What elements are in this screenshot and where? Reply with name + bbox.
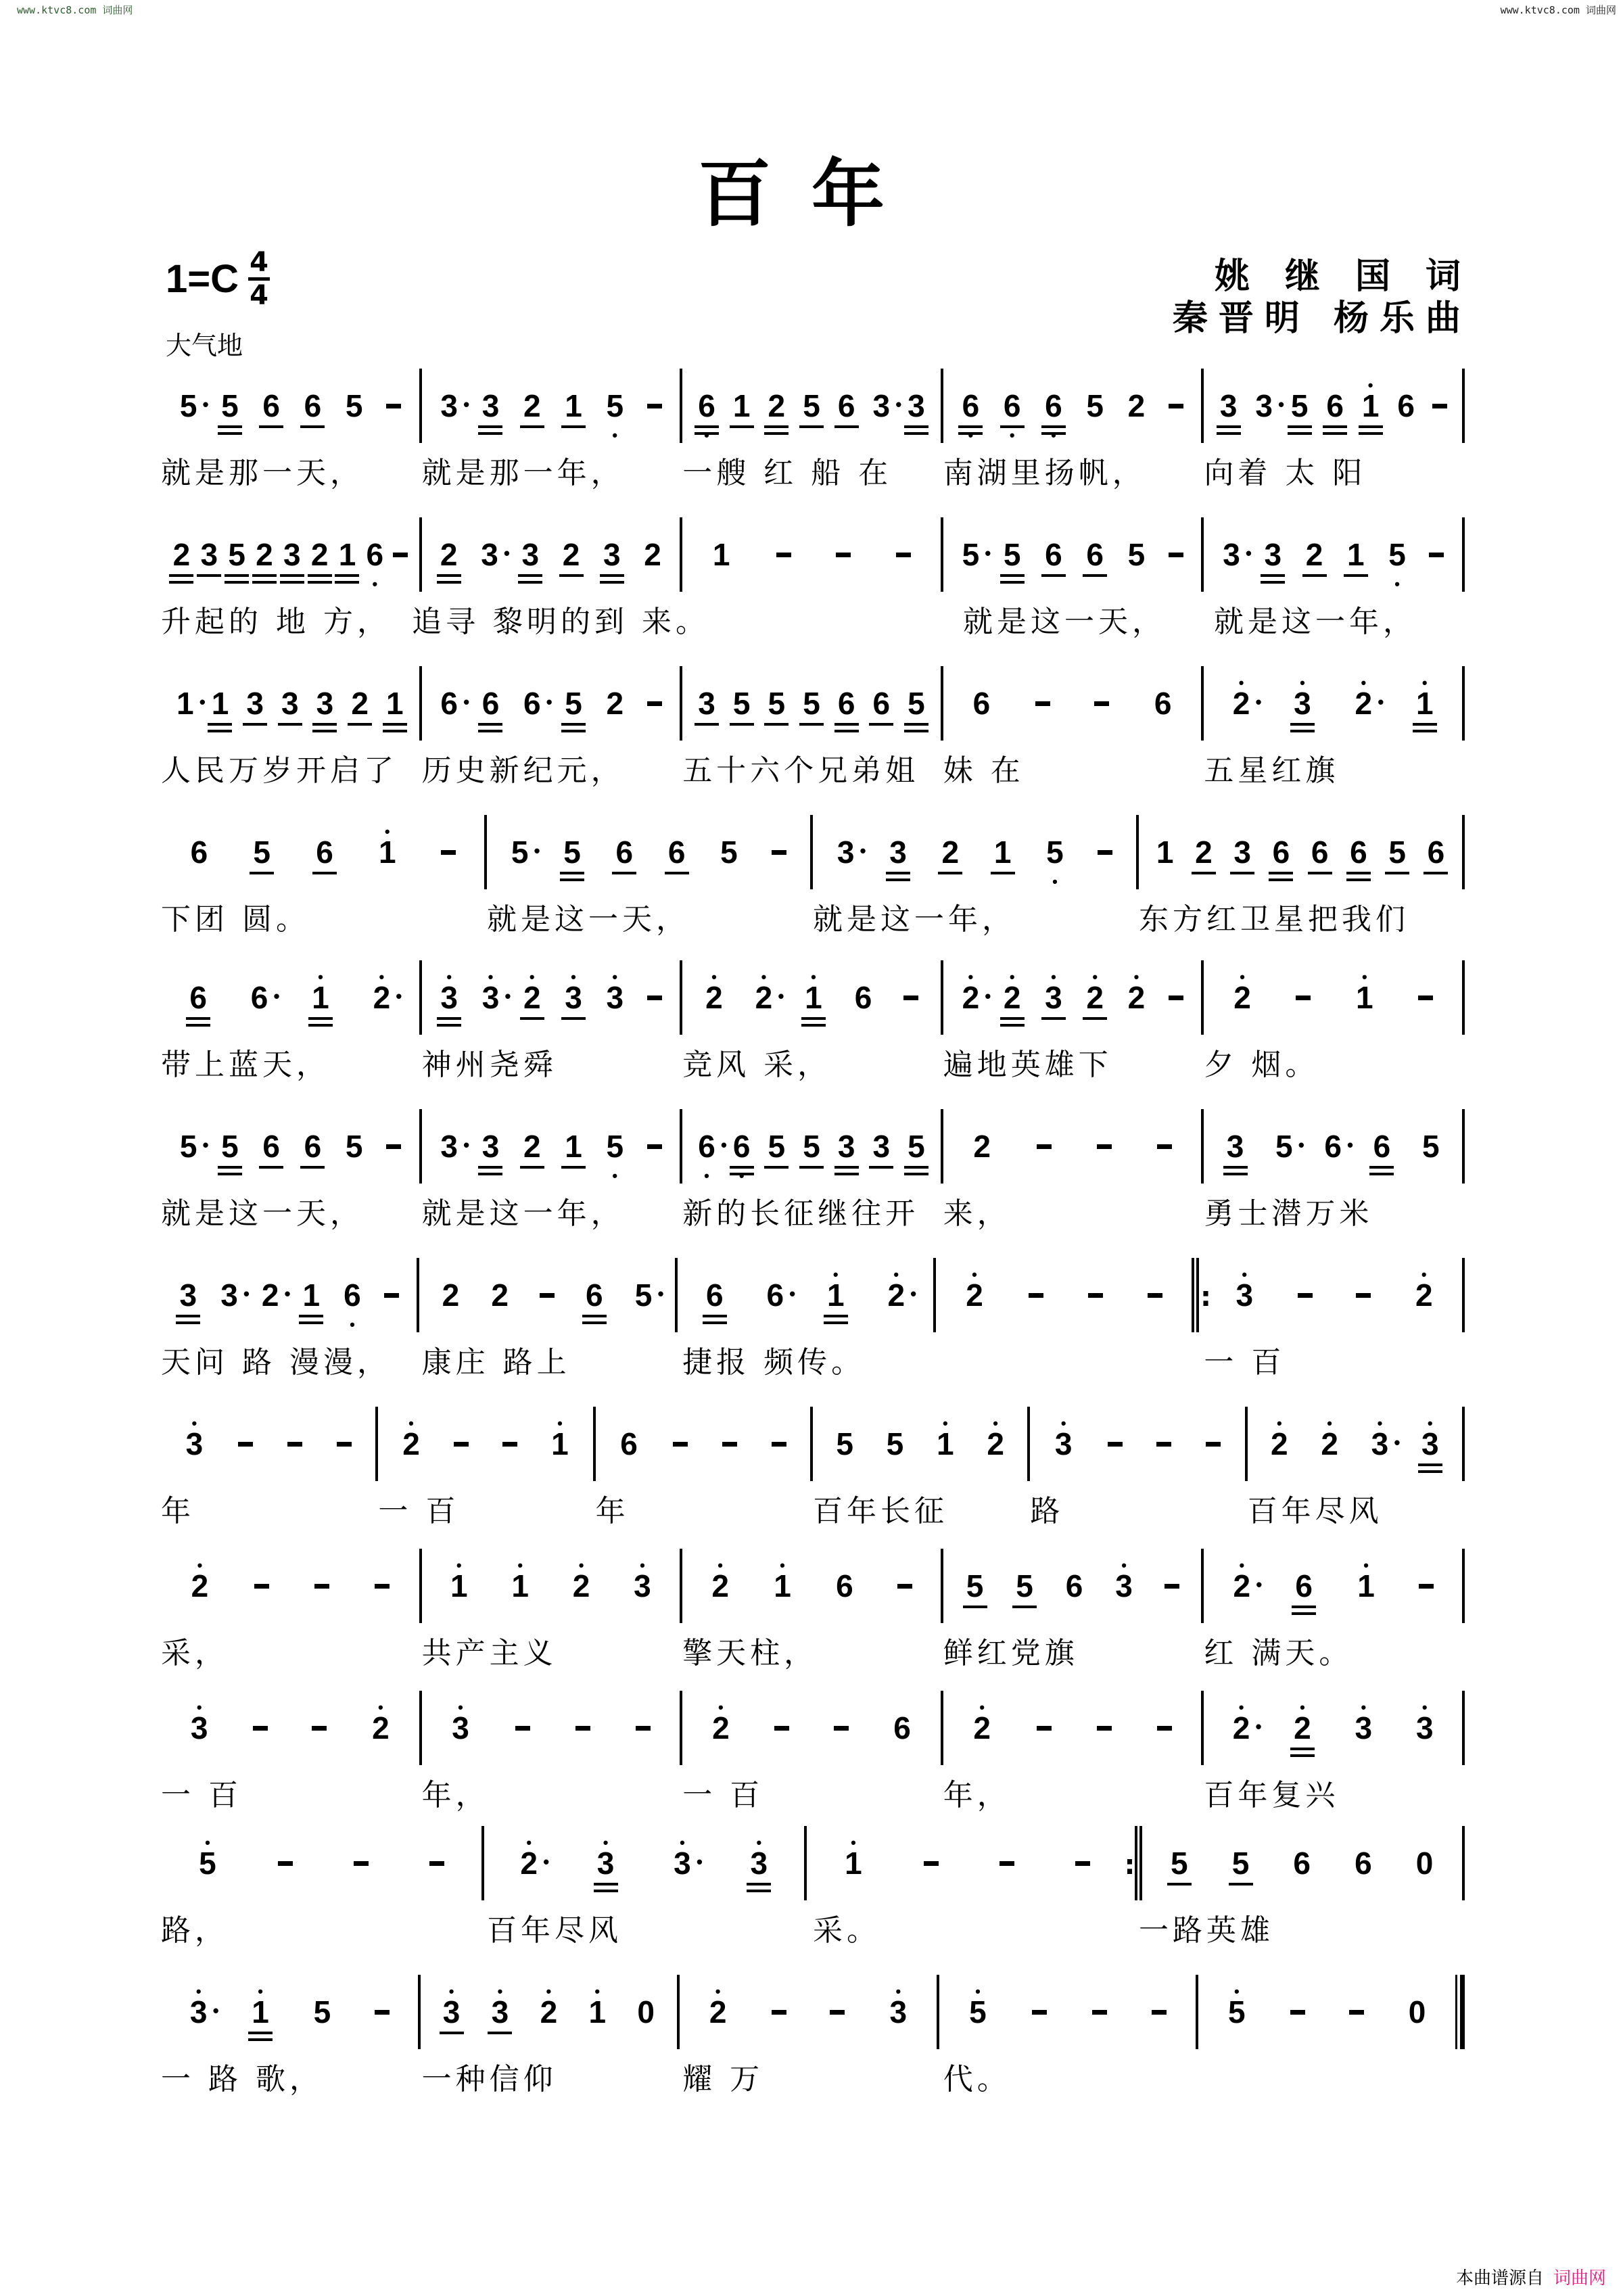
underline-eighth — [1292, 1606, 1316, 1608]
high-octave-dot: • — [1051, 970, 1056, 985]
note: 2 — [350, 688, 369, 719]
note: 1• — [311, 982, 330, 1013]
underline-eighth — [600, 574, 624, 577]
sustain-dash — [647, 1144, 662, 1149]
note: 2 — [767, 390, 786, 421]
note: 6• — [1044, 390, 1063, 421]
underline-eighth — [1290, 723, 1315, 726]
note: 1 — [210, 688, 229, 719]
underline-sixteenth — [958, 432, 983, 435]
underline-eighth — [488, 2032, 512, 2034]
note: 6 — [1354, 1848, 1373, 1879]
sustain-dash — [647, 404, 662, 408]
measure: 23•3232 — [422, 517, 680, 592]
underline-eighth — [799, 1166, 824, 1169]
note: 2 — [523, 1131, 542, 1162]
lyric-measure: 就是这一年， — [422, 1189, 680, 1232]
note: 6• — [1003, 390, 1022, 421]
augmentation-dot: • — [243, 1285, 250, 1303]
measure: 6•12563•3 — [682, 369, 941, 443]
tempo-marking: 大气地 — [166, 325, 243, 362]
measure: 2•1• — [378, 1407, 592, 1481]
note: 5 — [802, 1131, 821, 1162]
underline-sixteenth — [561, 730, 586, 732]
low-octave-dot: • — [704, 428, 709, 443]
underline-sixteenth — [1288, 432, 1312, 435]
note: 2• — [1127, 982, 1146, 1013]
barline-single — [1462, 960, 1465, 1035]
note: 3 — [837, 1131, 856, 1162]
underline-eighth — [730, 1166, 754, 1169]
note: 1• — [844, 1848, 863, 1879]
sustain-dash — [1088, 1293, 1103, 1298]
note: 3 — [1219, 390, 1238, 421]
augmentation-dot: • — [985, 987, 991, 1005]
lyrics-line: 升起的 地 方，追寻 黎明的到 来。就是这一天，就是这一年， — [161, 592, 1465, 646]
sustain-dash — [1157, 1726, 1172, 1731]
lyric-measure: 年， — [422, 1771, 680, 1814]
lyric-measure: 五星红旗 — [1204, 746, 1462, 789]
measure: 33•2•16• — [161, 1258, 417, 1332]
note: 5• — [511, 837, 530, 868]
augmentation-dot: • — [396, 987, 402, 1005]
note: 2•• — [961, 982, 980, 1013]
note: 5 — [1421, 1131, 1440, 1162]
note: 5• — [1045, 837, 1064, 868]
sustain-dash — [1075, 1861, 1090, 1866]
note: 5 — [220, 1131, 239, 1162]
sustain-dash — [924, 1861, 939, 1866]
underline-eighth — [1269, 872, 1293, 874]
underline-sixteenth — [518, 581, 542, 584]
lyric-measure: 升起的 地 方， — [161, 597, 409, 640]
note: 6 — [853, 982, 872, 1013]
measure: 2•2•3••3• — [1248, 1407, 1462, 1481]
note: 1 — [1156, 837, 1175, 868]
underline-eighth — [225, 574, 249, 577]
underline-sixteenth — [478, 1173, 502, 1175]
lyric-measure: 路， — [161, 1906, 484, 1949]
underline-eighth — [1083, 574, 1107, 577]
augmentation-dot: • — [1394, 1434, 1400, 1451]
underline-sixteenth — [280, 581, 304, 584]
staff-line: 33•2•16•2265•66•1•2••2•:3•2• — [161, 1258, 1465, 1332]
sustain-dash — [1169, 404, 1183, 408]
sustain-dash — [278, 1861, 293, 1866]
note: 3• — [480, 539, 499, 570]
note: 1 — [1346, 539, 1365, 570]
underline-eighth — [218, 425, 242, 428]
underline-eighth — [1217, 425, 1241, 428]
note: 3 — [281, 688, 300, 719]
underline-sixteenth — [764, 432, 789, 435]
underline-eighth — [665, 872, 689, 874]
footer-label: 本曲谱源自 — [1456, 2268, 1544, 2289]
augmentation-dot: • — [1246, 544, 1252, 562]
augmentation-dot: • — [534, 842, 540, 860]
underline-eighth — [259, 1166, 283, 1169]
underline-eighth — [520, 1166, 544, 1169]
staff-line: 6561•5•56653•3215•12366656 — [161, 815, 1465, 889]
note: 3 — [283, 539, 302, 570]
underline-eighth — [764, 1166, 789, 1169]
note: 3 — [521, 539, 540, 570]
underline-sixteenth — [1359, 432, 1383, 435]
measure: 5•5665 — [487, 815, 810, 889]
sustain-dash — [1165, 1584, 1179, 1589]
score-system: 1•1333216•66•523555665662••3•2••1•人民万岁开启… — [161, 666, 1465, 795]
lyric-measure: 一路英雄 — [1139, 1906, 1462, 1949]
note: 3• — [1415, 1712, 1434, 1743]
note: 1• — [1415, 688, 1434, 719]
lyric-measure: 妹 在 — [943, 746, 1202, 789]
note: 2•• — [1232, 1712, 1251, 1743]
lyric-measure: 代。 — [943, 2055, 1202, 2098]
time-signature-unit: 4 — [250, 282, 268, 309]
note: 2•• — [372, 982, 391, 1013]
note: 3 — [481, 390, 500, 421]
note: 3• — [1254, 390, 1273, 421]
sustain-dash — [1419, 1584, 1434, 1589]
underline-eighth — [904, 1166, 928, 1169]
underline-eighth — [1041, 1017, 1066, 1020]
sustain-dash — [1169, 995, 1183, 1000]
barline-single — [1462, 1549, 1465, 1623]
note: 6 — [837, 390, 856, 421]
note: 2 — [255, 539, 274, 570]
measure: 3•3215• — [1204, 517, 1462, 592]
underline-eighth — [963, 1606, 987, 1608]
sustain-dash — [575, 1726, 590, 1731]
note: 5 — [907, 688, 926, 719]
underline-sixteenth — [252, 581, 277, 584]
note: 6 — [262, 390, 281, 421]
augmentation-dot: • — [1278, 396, 1284, 413]
underline-eighth — [312, 872, 337, 874]
note: 2•• — [1354, 688, 1373, 719]
underline-eighth — [308, 1017, 333, 1020]
lyric-measure: 就是这一天， — [487, 895, 810, 938]
rest: 0 — [1415, 1848, 1434, 1879]
underline-sixteenth — [1041, 432, 1066, 435]
lyric-measure: 年 — [161, 1486, 375, 1530]
lyric-measure: 一种信仰 — [422, 2055, 680, 2098]
high-octave-dot: • — [546, 1984, 552, 1999]
note: 5 — [1290, 390, 1309, 421]
lyric-measure: 百年复兴 — [1204, 1771, 1462, 1814]
low-octave-dot: • — [612, 1169, 617, 1184]
note: 3• — [889, 1996, 908, 2028]
lyric-measure: 就是这一年， — [1214, 597, 1462, 640]
note: 1 — [993, 837, 1012, 868]
underline-eighth — [1369, 1166, 1394, 1169]
note: 6• — [961, 390, 980, 421]
low-octave-dot: • — [372, 577, 377, 592]
note: 6• — [732, 1131, 751, 1162]
lyric-measure: 一 百 — [161, 1771, 419, 1814]
note: 2 — [972, 1131, 991, 1162]
note: 3• — [490, 1996, 509, 2028]
sustain-dash — [830, 2010, 845, 2015]
measure: 3•2• — [161, 1691, 419, 1765]
underline-eighth — [1302, 574, 1327, 577]
note: 2 — [310, 539, 329, 570]
measure: 23523216• — [161, 517, 419, 592]
key-signature: 1=C — [166, 256, 239, 302]
augmentation-dot: • — [697, 1853, 703, 1871]
high-octave-dot: • — [718, 1700, 724, 1715]
underline-eighth — [730, 425, 754, 428]
underline-sixteenth — [600, 581, 624, 584]
augmentation-dot: • — [657, 1285, 663, 1303]
lyric-measure: 天问 路 漫漫， — [161, 1338, 419, 1381]
lyrics-line: 带上蓝天，神州尧舜竞风 采，遍地英雄下夕 烟。 — [161, 1035, 1465, 1089]
sustain-dash — [776, 553, 791, 557]
lyric-measure: 路 — [1030, 1486, 1244, 1530]
score-system: 5•2••3•3••3•1•:55660路，百年尽风采。一路英雄 — [161, 1826, 1465, 1954]
high-octave-dot: • — [1300, 1700, 1305, 1715]
note: 5• — [179, 390, 198, 421]
underline-sixteenth — [886, 878, 910, 881]
note: 3• — [220, 1280, 239, 1311]
staff-line: 23523216•23•323215•56653•3215• — [161, 517, 1465, 592]
augmentation-dot: • — [1298, 1136, 1304, 1154]
underline-eighth — [1000, 574, 1025, 577]
underline-sixteenth — [308, 581, 332, 584]
note: 1• — [588, 1996, 607, 2028]
score-system: 3•2•3•2•62•2••2•3•3•一 百年，一 百年，百年复兴 — [161, 1691, 1465, 1819]
credits: 姚继国词 秦晋明 杨乐曲 — [1173, 256, 1461, 339]
sustain-dash — [1156, 1442, 1171, 1447]
measure: 5•5665 — [161, 369, 419, 443]
augmentation-dot: • — [203, 1136, 209, 1154]
underline-sixteenth — [299, 1321, 323, 1324]
high-octave-dot: • — [640, 1558, 645, 1573]
underline-eighth — [243, 723, 267, 726]
lyric-measure: 年， — [943, 1771, 1202, 1814]
underline-eighth — [695, 723, 719, 726]
underline-sixteenth — [1418, 1470, 1442, 1473]
high-octave-dot: • — [1327, 1416, 1332, 1431]
note: 2• — [1233, 982, 1252, 1013]
sustain-dash — [1094, 701, 1109, 706]
note: 6 — [315, 837, 334, 868]
underline-eighth — [1359, 425, 1383, 428]
note: 2•• — [754, 982, 773, 1013]
measure: 2265• — [419, 1258, 675, 1332]
high-octave-dot: • — [408, 1416, 414, 1431]
note: 5• — [605, 1131, 624, 1162]
measure: 1• — [807, 1826, 1127, 1900]
high-octave-dot: • — [756, 1835, 761, 1850]
underline-sixteenth — [208, 730, 232, 732]
underline-eighth — [250, 872, 274, 874]
high-octave-dot: • — [975, 1984, 981, 1999]
underline-eighth — [561, 723, 586, 726]
underline-eighth — [764, 723, 789, 726]
barline-single — [1462, 1691, 1465, 1765]
underline-sixteenth — [904, 432, 928, 435]
sustain-dash — [1097, 1726, 1112, 1731]
note: 6 — [189, 982, 208, 1013]
underline-eighth — [1012, 1606, 1037, 1608]
underline-eighth — [1000, 1017, 1025, 1020]
lyric-measure: 共产主义 — [422, 1629, 680, 1672]
score-system: 3•2•1•6551•2•3•2•2•3••3•年一 百年百年长征路百年尽风 — [161, 1407, 1465, 1535]
barline-single — [1462, 1826, 1465, 1900]
note: 6 — [1044, 539, 1063, 570]
underline-eighth — [437, 1017, 461, 1020]
sustain-dash — [337, 1442, 352, 1447]
note: 5 — [252, 837, 271, 868]
note: 2•• — [1232, 1570, 1251, 1601]
measure: 6•66•52 — [422, 666, 680, 741]
high-octave-dot: • — [1428, 1416, 1433, 1431]
key-and-time-signature: 1=C 4 4 — [166, 249, 270, 309]
note: 3• — [440, 390, 458, 421]
high-octave-dot: • — [1368, 378, 1373, 393]
note: 5 — [1388, 837, 1407, 868]
underline-sixteenth — [478, 432, 502, 435]
lyric-measure: 一 路 歌， — [161, 2055, 419, 2098]
sustain-dash — [1296, 995, 1311, 1000]
note: 3• — [440, 1131, 458, 1162]
note: 6• — [440, 688, 458, 719]
measure: 2••2•3•3• — [1204, 1691, 1462, 1765]
time-signature: 4 4 — [248, 249, 270, 309]
underline-eighth — [248, 2032, 273, 2034]
high-octave-dot: • — [446, 970, 452, 985]
staff-line: 5•2••3•3••3•1•:55660 — [161, 1826, 1465, 1900]
note: 2• — [261, 1280, 280, 1311]
staff-line: 5•56653•3215•6••6•55335235•6•65 — [161, 1109, 1465, 1184]
augmentation-dot: • — [199, 693, 206, 711]
note: 3• — [633, 1570, 652, 1601]
augmentation-dot: • — [1256, 1576, 1262, 1593]
underline-eighth — [1000, 425, 1025, 428]
high-octave-dot: • — [498, 1984, 503, 1999]
low-octave-dot: • — [1394, 577, 1400, 592]
augmentation-dot: • — [203, 396, 209, 413]
augmentation-dot: • — [1255, 1718, 1261, 1735]
sustain-dash — [515, 1726, 530, 1731]
note: 2• — [972, 1712, 991, 1743]
note: 3• — [451, 1712, 470, 1743]
note: 3 — [1226, 1131, 1245, 1162]
sustain-dash — [1169, 553, 1183, 557]
note: 6• — [523, 688, 542, 719]
note: 2• — [711, 1570, 730, 1601]
sustain-dash — [1298, 1293, 1313, 1298]
underline-eighth — [730, 723, 754, 726]
measure: 3• — [161, 1407, 375, 1481]
underline-eighth — [561, 425, 586, 428]
note: 6 — [585, 1280, 604, 1311]
lyrics-line: 一 百年，一 百年，百年复兴 — [161, 1765, 1465, 1819]
sustain-dash — [834, 1726, 849, 1731]
high-octave-dot: • — [1422, 1700, 1428, 1715]
measure: 2•3• — [680, 1975, 937, 2049]
lyric-measure: 就是那一天， — [161, 448, 419, 492]
sustain-dash — [312, 1726, 327, 1731]
note: 5• — [198, 1848, 217, 1879]
note: 2 — [1305, 539, 1324, 570]
note: 2• — [1003, 982, 1022, 1013]
underline-eighth — [252, 574, 277, 577]
high-octave-dot: • — [780, 1558, 785, 1573]
underline-eighth — [1167, 1883, 1192, 1885]
note: 6 — [667, 837, 686, 868]
note: 2 — [643, 539, 662, 570]
underline-eighth — [1323, 425, 1347, 428]
lyricist-credit: 姚继国词 — [1173, 256, 1496, 298]
note: 3• — [440, 982, 458, 1013]
measure: 2• — [943, 1691, 1202, 1765]
underline-sixteenth — [1290, 730, 1315, 732]
sustain-dash — [1097, 1144, 1112, 1149]
measure: 2• — [161, 1549, 419, 1623]
high-octave-dot: • — [711, 970, 717, 985]
measure: 2•1•6 — [682, 1549, 941, 1623]
note: 3 — [199, 539, 218, 570]
note: 5 — [1170, 1848, 1189, 1879]
augmentation-dot: • — [721, 1136, 727, 1154]
high-octave-dot: • — [557, 1416, 563, 1431]
note: 3 — [315, 688, 334, 719]
note: 6 — [1085, 539, 1104, 570]
sustain-dash — [253, 1726, 268, 1731]
underline-eighth — [278, 723, 302, 726]
note: 1 — [564, 1131, 583, 1162]
high-octave-dot: • — [1422, 676, 1428, 690]
measure: 2••3•3••3• — [484, 1826, 805, 1900]
lyrics-line: 一 路 歌，一种信仰耀 万代。 — [161, 2049, 1465, 2103]
underline-eighth — [559, 574, 584, 577]
note: 5 — [564, 688, 583, 719]
lyric-measure: 擎天柱， — [682, 1629, 941, 1672]
underline-eighth — [312, 723, 337, 726]
augmentation-dot: • — [504, 987, 511, 1005]
underline-eighth — [834, 723, 859, 726]
note: 3 — [603, 539, 621, 570]
note: 1• — [1361, 390, 1380, 421]
note: 2 — [172, 539, 191, 570]
sustain-dash — [772, 1442, 786, 1447]
measure: 5563• — [943, 1549, 1202, 1623]
augmentation-dot: • — [285, 1285, 291, 1303]
sustain-dash — [386, 404, 401, 408]
note: 5 — [312, 1996, 331, 2028]
footer-site-link[interactable]: 词曲网 — [1553, 2268, 1606, 2289]
note: 5• — [1388, 539, 1407, 570]
score-system: 3••1•53•3•2•1•02•3•5•5•0一 路 歌，一种信仰耀 万代。 — [161, 1975, 1465, 2103]
underline-sixteenth — [747, 1890, 771, 1892]
staff-line: 5•56653•3215•6•12563•36•6•6•5233•561•6 — [161, 369, 1465, 443]
sustain-dash — [287, 1442, 302, 1447]
note: 6 — [1065, 1570, 1084, 1601]
note: 2 — [523, 390, 542, 421]
measure: 3•3215• — [422, 369, 680, 443]
augmentation-dot: • — [463, 1136, 469, 1154]
sustain-dash — [647, 995, 662, 1000]
note: 2 — [562, 539, 581, 570]
high-octave-dot: • — [968, 970, 974, 985]
note: 3• — [1114, 1570, 1133, 1601]
note: 1• — [251, 1996, 270, 2028]
note: 3 — [245, 688, 264, 719]
note: 3• — [1222, 539, 1241, 570]
note: 5 — [802, 688, 821, 719]
